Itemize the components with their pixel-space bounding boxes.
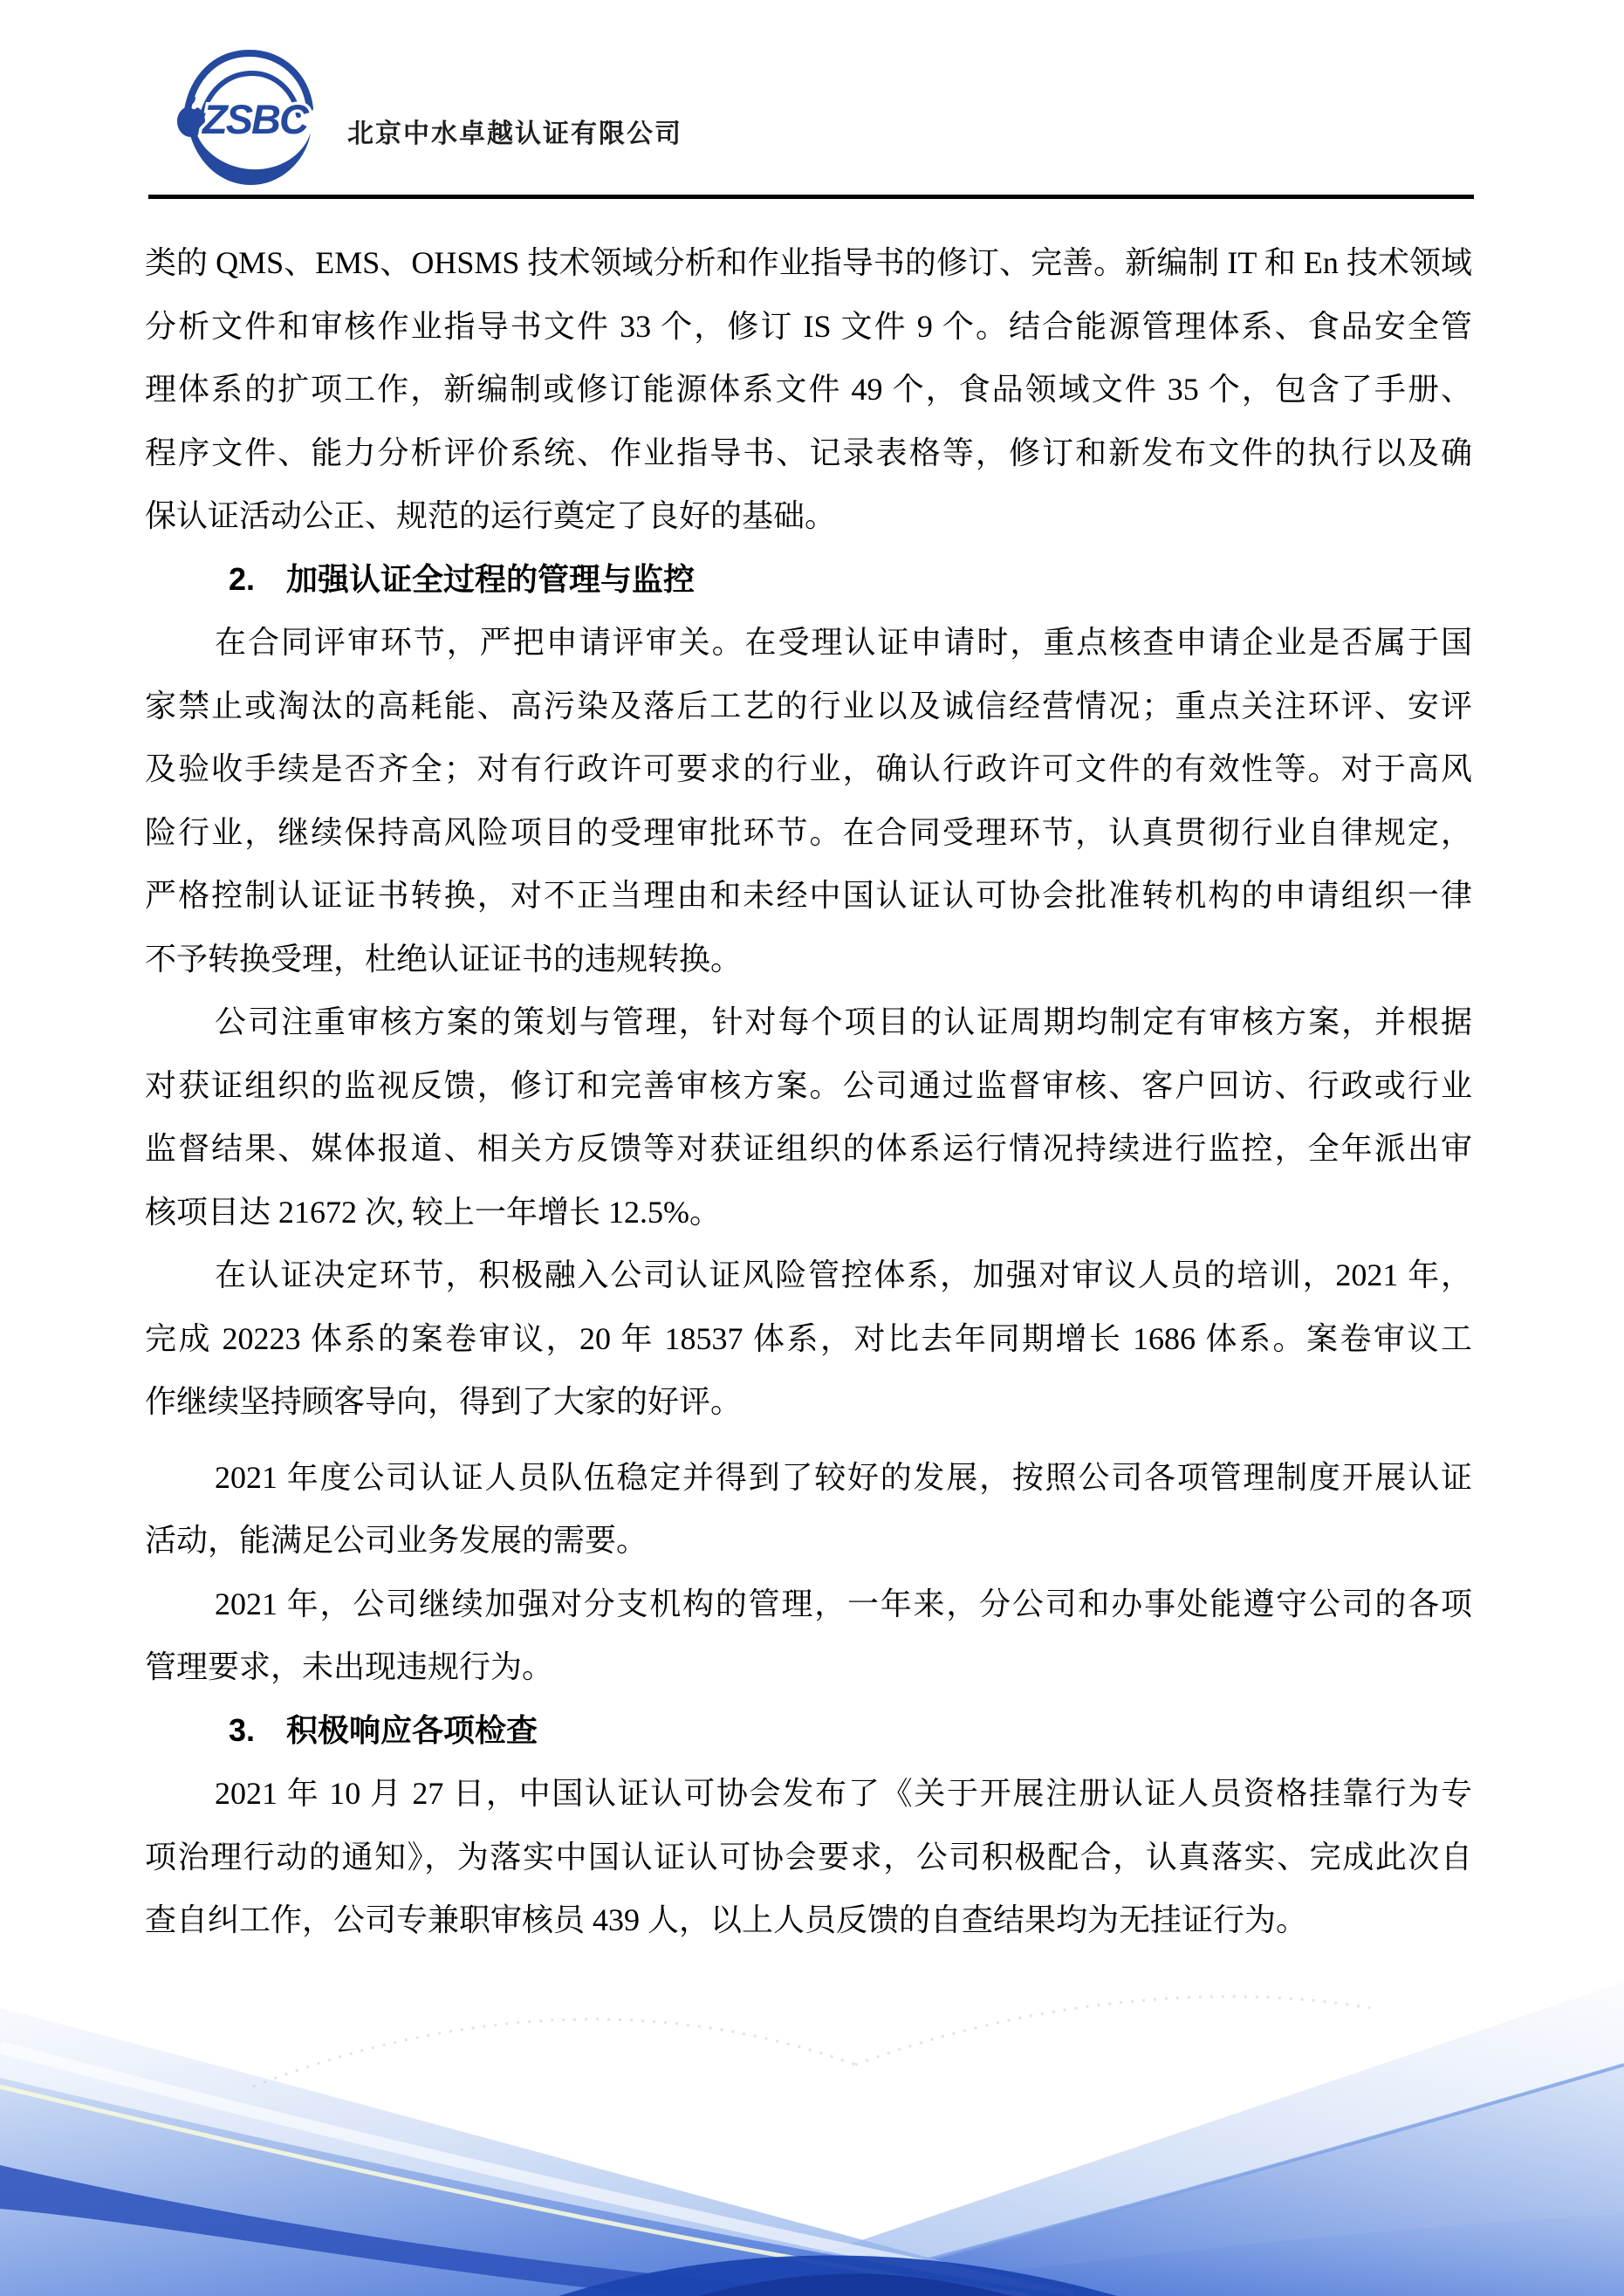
text-line: 完成 20223 体系的案卷审议，20 年 18537 体系，对比去年同期增长 … (145, 1307, 1472, 1371)
text-line: 不予转换受理，杜绝认证证书的违规转换。 (145, 928, 1472, 991)
text-line: 理体系的扩项工作，新编制或修订能源体系文件 49 个，食品领域文件 35 个，包… (145, 358, 1472, 422)
text-line: 2021 年，公司继续加强对分支机构的管理，一年来，分公司和办事处能遵守公司的各… (145, 1573, 1472, 1636)
text-line: 在认证决定环节，积极融入公司认证风险管控体系，加强对审议人员的培训，2021 年… (145, 1244, 1472, 1307)
text-line: 管理要求，未出现违规行为。 (145, 1635, 1472, 1699)
text-line: 项治理行动的通知》，为落实中国认证认可协会要求，公司积极配合，认真落实、完成此次… (145, 1826, 1472, 1889)
text-line: 类的 QMS、EMS、OHSMS 技术领域分析和作业指导书的修订、完善。新编制 … (145, 231, 1472, 295)
document-body: 类的 QMS、EMS、OHSMS 技术领域分析和作业指导书的修订、完善。新编制 … (145, 231, 1472, 1952)
text-line: 对获证组织的监视反馈，修订和完善审核方案。公司通过监督审核、客户回访、行政或行业 (145, 1054, 1472, 1118)
section-heading: 2. 加强认证全过程的管理与监控 (145, 548, 1472, 612)
zsbc-logo-icon: ZSBC (176, 51, 329, 190)
page-header: ZSBC 北京中水卓越认证有限公司 (0, 0, 1624, 209)
company-logo: ZSBC (176, 51, 329, 190)
text-line: 核项目达 21672 次, 较上一年增长 12.5%。 (145, 1181, 1472, 1244)
text-line: 查自纠工作，公司专兼职审核员 439 人，以上人员反馈的自查结果均为无挂证行为。 (145, 1888, 1472, 1952)
text-line: 2021 年度公司认证人员队伍稳定并得到了较好的发展，按照公司各项管理制度开展认… (145, 1446, 1472, 1510)
section-heading: 3. 积极响应各项检查 (145, 1699, 1472, 1763)
text-line: 活动，能满足公司业务发展的需要。 (145, 1509, 1472, 1573)
text-line: 险行业，继续保持高风险项目的受理审批环节。在合同受理环节，认真贯彻行业自律规定， (145, 801, 1472, 865)
text-line: 监督结果、媒体报道、相关方反馈等对获证组织的体系运行情况持续进行监控，全年派出审 (145, 1117, 1472, 1181)
text-line: 保认证活动公正、规范的运行奠定了良好的基础。 (145, 484, 1472, 548)
wave-graphic-icon (0, 1947, 1624, 2296)
text-line: 及验收手续是否齐全；对有行政许可要求的行业，确认行政许可文件的有效性等。对于高风 (145, 737, 1472, 801)
bottom-wave-decoration (0, 1947, 1624, 2296)
page: ZSBC 北京中水卓越认证有限公司 类的 QMS、EMS、OHSMS 技术领域分… (0, 0, 1624, 2296)
text-line: 严格控制认证证书转换，对不正当理由和未经中国认证认可协会批准转机构的申请组织一律 (145, 864, 1472, 928)
text-line: 程序文件、能力分析评价系统、作业指导书、记录表格等，修订和新发布文件的执行以及确 (145, 422, 1472, 485)
logo-wordmark: ZSBC (201, 96, 310, 142)
text-line: 在合同评审环节，严把申请评审关。在受理认证申请时，重点核查申请企业是否属于国 (145, 611, 1472, 675)
header-divider (148, 195, 1474, 199)
text-line: 分析文件和审核作业指导书文件 33 个，修订 IS 文件 9 个。结合能源管理体… (145, 295, 1472, 359)
logo-apple-icon (177, 97, 205, 137)
text-line: 作继续坚持顾客导向，得到了大家的好评。 (145, 1370, 1472, 1434)
company-name: 北京中水卓越认证有限公司 (347, 112, 682, 150)
text-line: 公司注重审核方案的策划与管理，针对每个项目的认证周期均制定有审核方案，并根据 (145, 990, 1472, 1054)
text-line: 2021 年 10 月 27 日，中国认证认可协会发布了《关于开展注册认证人员资… (145, 1762, 1472, 1826)
text-line: 家禁止或淘汰的高耗能、高污染及落后工艺的行业以及诚信经营情况；重点关注环评、安评 (145, 675, 1472, 738)
